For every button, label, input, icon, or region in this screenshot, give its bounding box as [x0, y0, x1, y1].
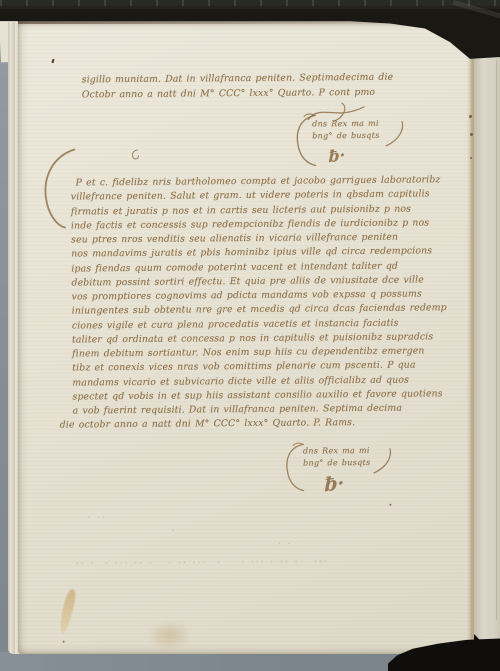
bleedthrough-marks: · ·· [88, 513, 108, 523]
adjacent-page-crease [496, 60, 497, 620]
paraph-mark: ƀ· [324, 472, 344, 496]
chancery-swash-icon [383, 120, 407, 148]
margin-penmark-icon [130, 149, 140, 161]
manuscript-photo: sigillo munitam. Dat in villafranca peni… [0, 0, 500, 671]
dating-clause-block: sigillo munitam. Dat in villafranca peni… [82, 71, 382, 103]
paper-smudge [146, 619, 192, 651]
body-text-block: P et c. fidelibz nris bartholomeo compta… [71, 173, 439, 433]
table-surface-bottom [0, 652, 414, 671]
cradle-rail [0, 0, 500, 6]
chancery-swash-icon [371, 447, 395, 475]
bleedthrough-marks: ·· · · ··· ·· · · ·· ··· · · ··· · ·· · … [76, 557, 329, 569]
ink-dot [389, 504, 391, 506]
paraph-mark: ƀ· [328, 145, 345, 166]
ink-dot [63, 641, 65, 643]
ink-layer: sigillo munitam. Dat in villafranca peni… [18, 21, 474, 654]
manuscript-line: die octobr anno a natt dni M° CCC° lxxx°… [60, 416, 439, 434]
manuscript-page: sigillo munitam. Dat in villafranca peni… [18, 21, 474, 654]
bleedthrough-marks: · · [278, 540, 293, 550]
manuscript-line: Octobr anno a natt dni M° CCC° lxxx° Qua… [82, 85, 382, 102]
paper-stain [57, 588, 77, 635]
bleedthrough-marks: · [172, 527, 177, 537]
